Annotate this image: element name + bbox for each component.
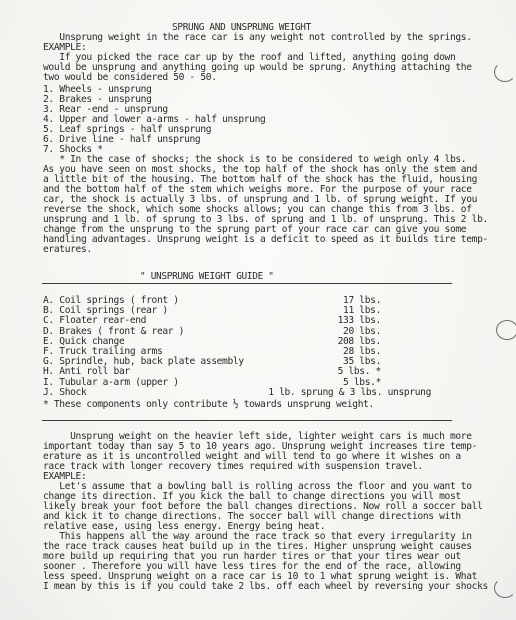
- text-line: two would be considered 50 - 50.: [43, 73, 472, 83]
- guide-row-label: J. Shock: [43, 387, 86, 398]
- guide-top-rule: [42, 283, 452, 284]
- guide-row: E. Quick change208 lbs.: [43, 336, 453, 346]
- guide-row: D. Brakes ( front & rear )20 lbs.: [43, 326, 453, 336]
- punch-hole-mark: [496, 320, 516, 340]
- text-line: handling advantages. Unsprung weight is …: [43, 235, 488, 245]
- document-page: SPRUNG AND UNSPRUNG WEIGHT Unsprung weig…: [0, 0, 516, 620]
- punch-hole-mark: [494, 578, 516, 598]
- component-list: 1. Wheels - unsprung2. Brakes - unsprung…: [43, 85, 265, 155]
- guide-row: A. Coil springs ( front )17 lbs.: [43, 295, 453, 305]
- guide-row: I. Tubular a-arm (upper )5 lbs.*: [43, 377, 453, 387]
- guide-row: C. Floater rear-end133 lbs.: [43, 315, 453, 325]
- guide-row: J. Shock1 lb. sprung & 3 lbs. unsprung: [43, 387, 453, 397]
- guide-footnote: * These components only contribute ½ tow…: [43, 400, 374, 410]
- closing-paragraphs: Unsprung weight on the heavier left side…: [43, 432, 488, 592]
- text-line: Unsprung weight in the race car is any w…: [43, 33, 472, 43]
- guide-title: " UNSPRUNG WEIGHT GUIDE ": [140, 271, 274, 282]
- guide-row-value: 1 lb. sprung & 3 lbs. unsprung: [268, 387, 431, 398]
- guide-bottom-rule: [42, 420, 452, 421]
- text-line: I mean by this is if you could take 2 lb…: [43, 582, 488, 592]
- guide-row: B. Coil springs (rear )11 lbs.: [43, 305, 453, 315]
- text-line: race track with longer recovery times re…: [43, 462, 488, 472]
- guide-row: H. Anti roll bar5 lbs. *: [43, 366, 453, 376]
- guide-row: F. Truck trailing arms28 lbs.: [43, 346, 453, 356]
- shock-note-paragraph: * In the case of shocks; the shock is to…: [43, 155, 488, 255]
- guide-row: G. Sprindle, hub, back plate assembly35 …: [43, 356, 453, 366]
- text-line: eratures.: [43, 245, 488, 255]
- intro-paragraph: Unsprung weight in the race car is any w…: [43, 33, 472, 83]
- punch-hole-mark: [494, 62, 516, 82]
